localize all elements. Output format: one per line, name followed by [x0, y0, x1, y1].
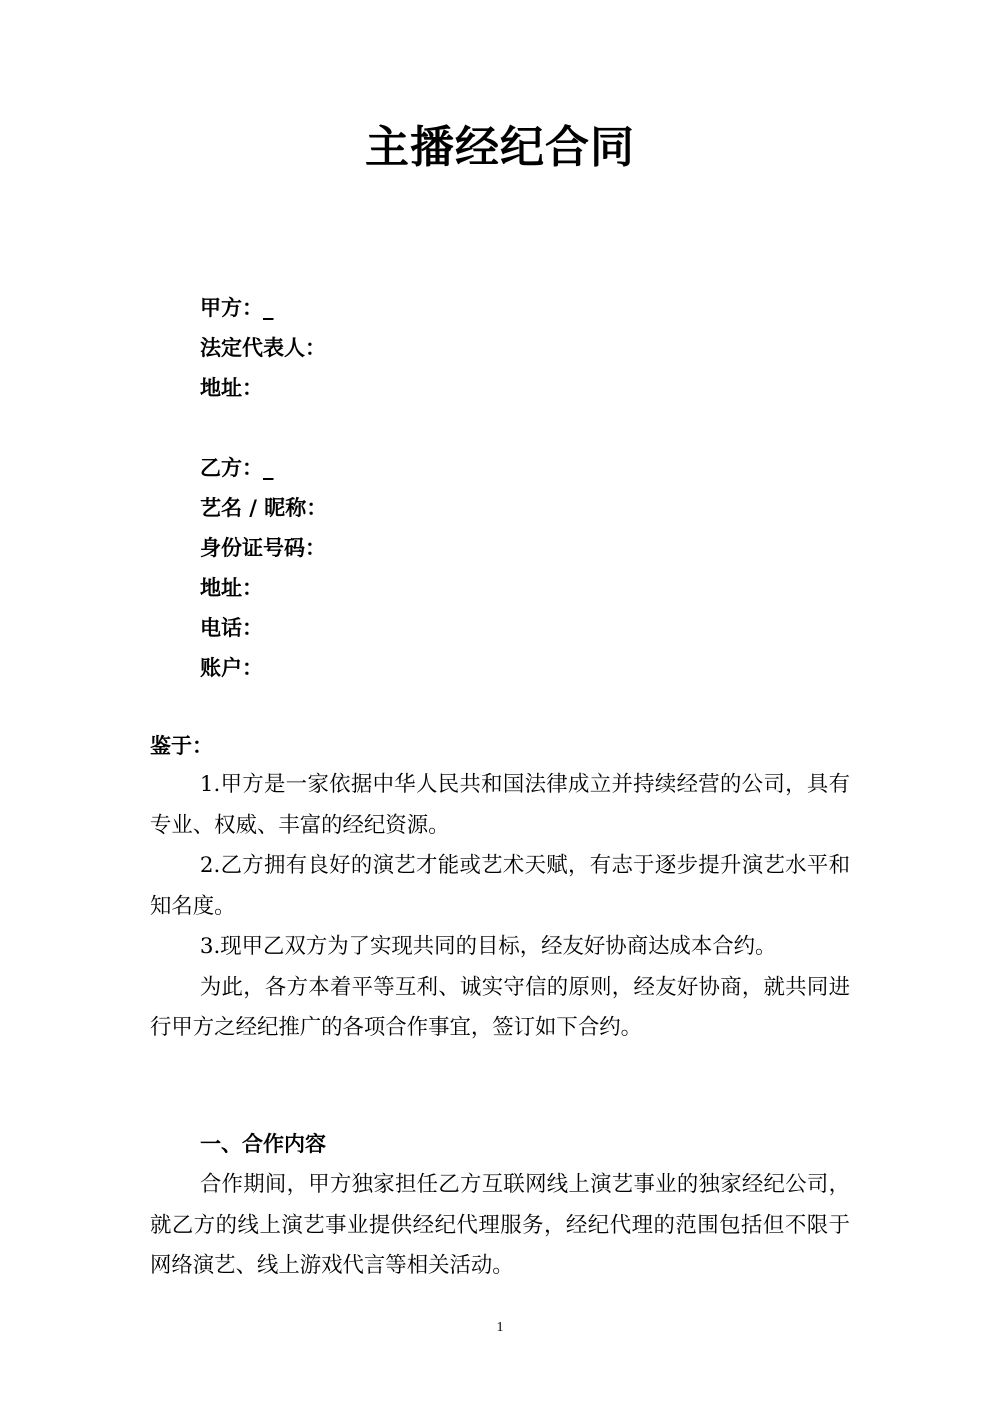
party-b-account-field: 账户：: [200, 648, 327, 688]
recitals-body: 1.甲方是一家依据中华人民共和国法律成立并持续经营的公司，具有专业、权威、丰富的…: [150, 765, 850, 1049]
party-b-info: 乙方：_ 艺名 / 昵称： 身份证号码： 地址： 电话： 账户：: [200, 448, 327, 688]
document-page: 主播经纪合同 甲方：_ 法定代表人： 地址： 乙方：_ 艺名 / 昵称： 身份证…: [0, 0, 1000, 1415]
party-b-phone-field: 电话：: [200, 608, 327, 648]
recital-paragraph-1: 1.甲方是一家依据中华人民共和国法律成立并持续经营的公司，具有专业、权威、丰富的…: [150, 765, 850, 846]
party-a-legal-representative-field: 法定代表人：: [200, 328, 326, 368]
party-b-stage-name-field: 艺名 / 昵称：: [200, 488, 327, 528]
section-1-body: 合作期间，甲方独家担任乙方互联网线上演艺事业的独家经纪公司，就乙方的线上演艺事业…: [150, 1165, 850, 1287]
section-1-paragraph-1: 合作期间，甲方独家担任乙方互联网线上演艺事业的独家经纪公司，就乙方的线上演艺事业…: [150, 1165, 850, 1287]
page-number: 1: [0, 1318, 1000, 1338]
party-b-id-number-field: 身份证号码：: [200, 528, 327, 568]
section-1-heading: 一、合作内容: [200, 1124, 326, 1164]
party-a-address-field: 地址：: [200, 368, 326, 408]
party-b-address-field: 地址：: [200, 568, 327, 608]
party-a-name-field: 甲方：_: [200, 288, 326, 328]
recital-paragraph-3: 3.现甲乙双方为了实现共同的目标，经友好协商达成本合约。: [150, 927, 850, 968]
recital-paragraph-conclusion: 为此，各方本着平等互利、诚实守信的原则，经友好协商，就共同进行甲方之经纪推广的各…: [150, 968, 850, 1049]
recitals-heading: 鉴于：: [150, 726, 213, 766]
party-a-info: 甲方：_ 法定代表人： 地址：: [200, 288, 326, 408]
document-title: 主播经纪合同: [0, 118, 1000, 178]
party-b-name-field: 乙方：_: [200, 448, 327, 488]
recital-paragraph-2: 2.乙方拥有良好的演艺才能或艺术天赋，有志于逐步提升演艺水平和知名度。: [150, 846, 850, 927]
